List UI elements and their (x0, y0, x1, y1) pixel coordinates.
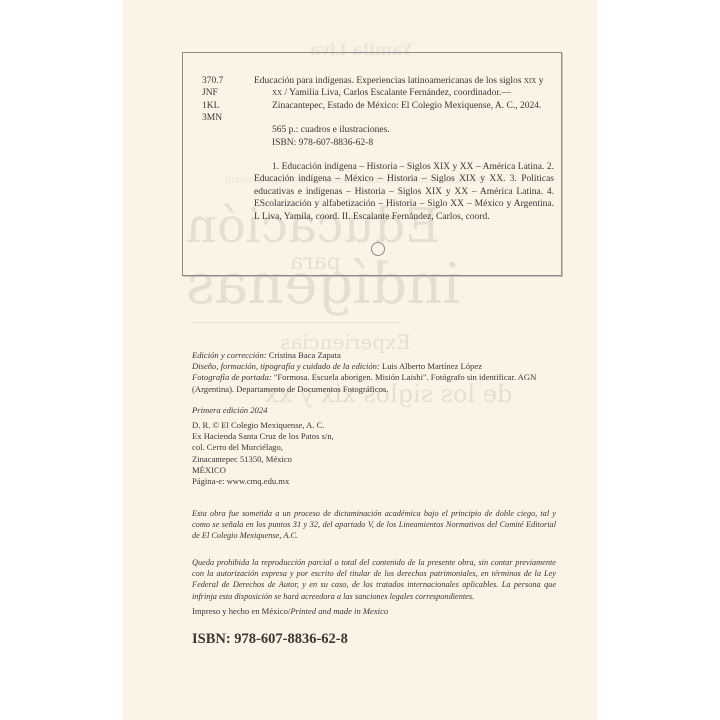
ghost-rule (192, 322, 400, 323)
main-entry-century: XX (272, 88, 282, 98)
credit-label: Diseño, formación, tipografía y cuidado … (192, 361, 380, 371)
call-number: 370.7 JNF 1KL 3MN (202, 75, 223, 125)
catalog-isbn: ISBN: 978-607-8836-62-8 (254, 137, 554, 149)
main-entry-text: / Yamilia Liva, Carlos Escalante Fernánd… (272, 88, 541, 110)
publisher-website: Página-e: www.cmq.edu.mx (192, 476, 334, 487)
catalog-entry: Educación para indígenas. Experiencias l… (254, 75, 554, 223)
credit-value: Cristina Baca Zapata (267, 350, 341, 360)
subject-headings: 1. Educación indígena – Historia – Siglo… (254, 161, 554, 223)
publisher-address: D. R. © El Colegio Mexiquense, A. C. Ex … (192, 420, 334, 487)
printed-english: Printed and made in Mexico (290, 606, 388, 616)
main-entry-century: XIX (524, 76, 536, 86)
main-entry-text: y (536, 76, 543, 86)
credit-label: Fotografía de portada: (192, 372, 272, 382)
edition-statement: Primera edición 2024 (192, 405, 267, 415)
call-number-line: 3MN (202, 112, 223, 124)
call-number-line: 370.7 (202, 75, 223, 87)
call-number-line: 1KL (202, 100, 223, 112)
credit-value: Luis Alberto Martínez López (380, 361, 482, 371)
credit-label: Edición y corrección: (192, 350, 267, 360)
credit-line: Fotografía de portada: "Formosa. Escuela… (192, 372, 552, 394)
printed-spanish: Impreso y hecho en México/ (192, 606, 290, 616)
credits: Edición y corrección: Cristina Baca Zapa… (192, 350, 552, 395)
isbn-footer: ISBN: 978-607-8836-62-8 (192, 631, 348, 648)
copyright-notice: Queda prohibida la reproducción parcial … (192, 557, 556, 602)
address-line: col. Cerro del Murciélago, (192, 442, 334, 453)
credit-line: Diseño, formación, tipografía y cuidado … (192, 361, 552, 372)
cataloging-in-publication-box: 370.7 JNF 1KL 3MN Educación para indígen… (182, 52, 562, 276)
peer-review-notice: Esta obra fue sometida a un proceso de d… (192, 508, 556, 542)
physical-description: 565 p.: cuadros e ilustraciones. (254, 124, 554, 136)
address-line: MÉXICO (192, 465, 334, 476)
printed-in-statement: Impreso y hecho en México/Printed and ma… (192, 606, 388, 616)
credit-line: Edición y corrección: Cristina Baca Zapa… (192, 350, 552, 361)
address-line: D. R. © El Colegio Mexiquense, A. C. (192, 420, 334, 431)
call-number-line: JNF (202, 87, 223, 99)
main-entry: Educación para indígenas. Experiencias l… (254, 75, 554, 112)
circle-mark-icon (371, 242, 385, 256)
address-line: Zinacantepec 51350, México (192, 454, 334, 465)
main-entry-text: Educación para indígenas. Experiencias l… (254, 76, 524, 86)
address-line: Ex Hacienda Santa Cruz de los Patos s/n, (192, 431, 334, 442)
